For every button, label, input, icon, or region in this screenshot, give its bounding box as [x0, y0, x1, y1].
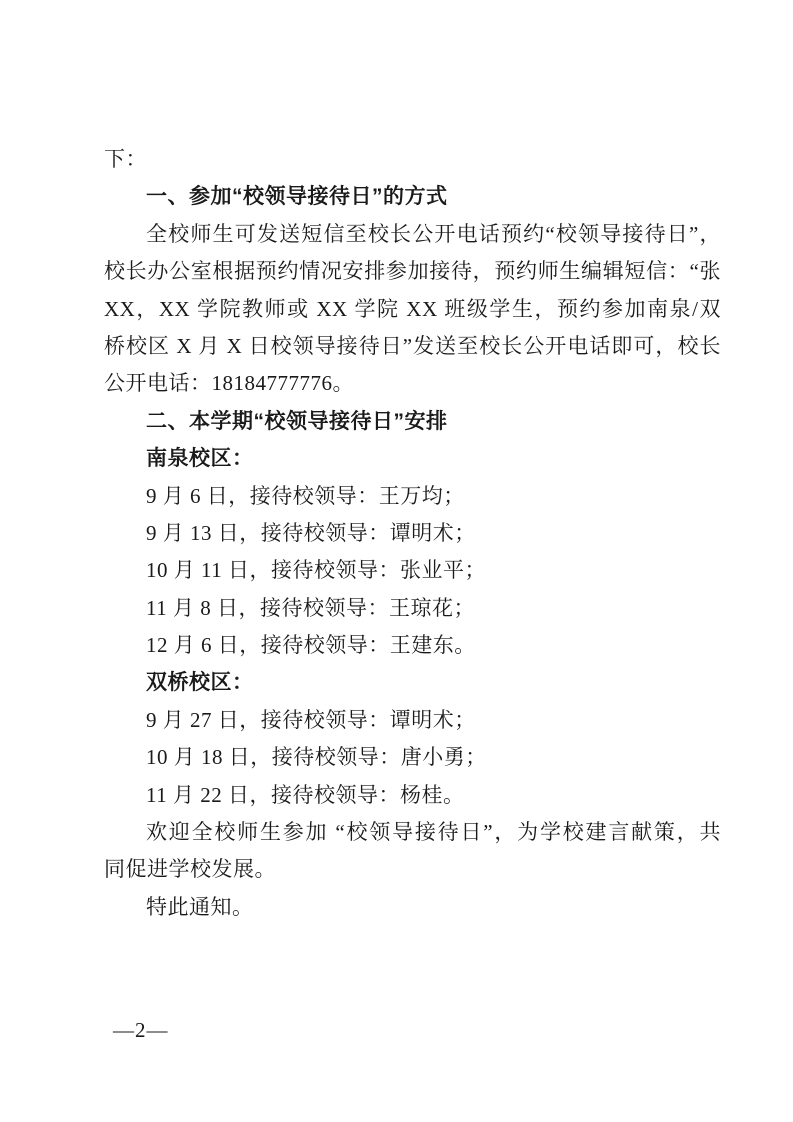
paragraph-line: 公开电话：18184777776。 [104, 365, 721, 402]
schedule-line: 9 月 13 日，接待校领导：谭明术； [104, 515, 721, 552]
document-content: 下： 一、参加“校领导接待日”的方式 全校师生可发送短信至校长公开电话预约“校领… [104, 141, 721, 926]
closing-line: 同促进学校发展。 [104, 851, 721, 888]
paragraph-line: XX，XX 学院教师或 XX 学院 XX 班级学生，预约参加南泉/双 [104, 291, 721, 328]
schedule-line: 11 月 8 日，接待校领导：王琼花； [104, 590, 721, 627]
campus-name-nanquan: 南泉校区： [104, 440, 721, 477]
schedule-line: 12 月 6 日，接待校领导：王建东。 [104, 627, 721, 664]
schedule-line: 10 月 11 日，接待校领导：张业平； [104, 552, 721, 589]
section1-heading: 一、参加“校领导接待日”的方式 [104, 178, 721, 215]
campus-schedule-shuangqiao: 9 月 27 日，接待校领导：谭明术；10 月 18 日，接待校领导：唐小勇；1… [104, 702, 721, 814]
campus-section-shuangqiao: 双桥校区： 9 月 27 日，接待校领导：谭明术；10 月 18 日，接待校领导… [104, 664, 721, 814]
paragraph-line: 校长办公室根据预约情况安排参加接待，预约师生编辑短信：“张 [104, 253, 721, 290]
page-number: —2— [113, 1015, 169, 1045]
campus-section-nanquan: 南泉校区： 9 月 6 日，接待校领导：王万均；9 月 13 日，接待校领导：谭… [104, 440, 721, 664]
campus-schedule-nanquan: 9 月 6 日，接待校领导：王万均；9 月 13 日，接待校领导：谭明术；10 … [104, 478, 721, 665]
carryover-line: 下： [104, 141, 721, 178]
paragraph-line: 桥校区 X 月 X 日校领导接待日”发送至校长公开电话即可，校长 [104, 328, 721, 365]
schedule-line: 9 月 6 日，接待校领导：王万均； [104, 478, 721, 515]
schedule-line: 11 月 22 日，接待校领导：杨桂。 [104, 777, 721, 814]
campus-name-shuangqiao: 双桥校区： [104, 664, 721, 701]
schedule-line: 10 月 18 日，接待校领导：唐小勇； [104, 739, 721, 776]
section1-paragraph: 全校师生可发送短信至校长公开电话预约“校领导接待日”，校长办公室根据预约情况安排… [104, 216, 721, 403]
closing-line: 欢迎全校师生参加 “校领导接待日”，为学校建言献策，共 [104, 814, 721, 851]
notice-line: 特此通知。 [104, 889, 721, 926]
paragraph-line: 全校师生可发送短信至校长公开电话预约“校领导接待日”， [104, 216, 721, 253]
closing-paragraph: 欢迎全校师生参加 “校领导接待日”，为学校建言献策，共同促进学校发展。 [104, 814, 721, 889]
schedule-line: 9 月 27 日，接待校领导：谭明术； [104, 702, 721, 739]
section2-heading: 二、本学期“校领导接待日”安排 [104, 403, 721, 440]
document-page: 下： 一、参加“校领导接待日”的方式 全校师生可发送短信至校长公开电话预约“校领… [0, 0, 793, 1122]
